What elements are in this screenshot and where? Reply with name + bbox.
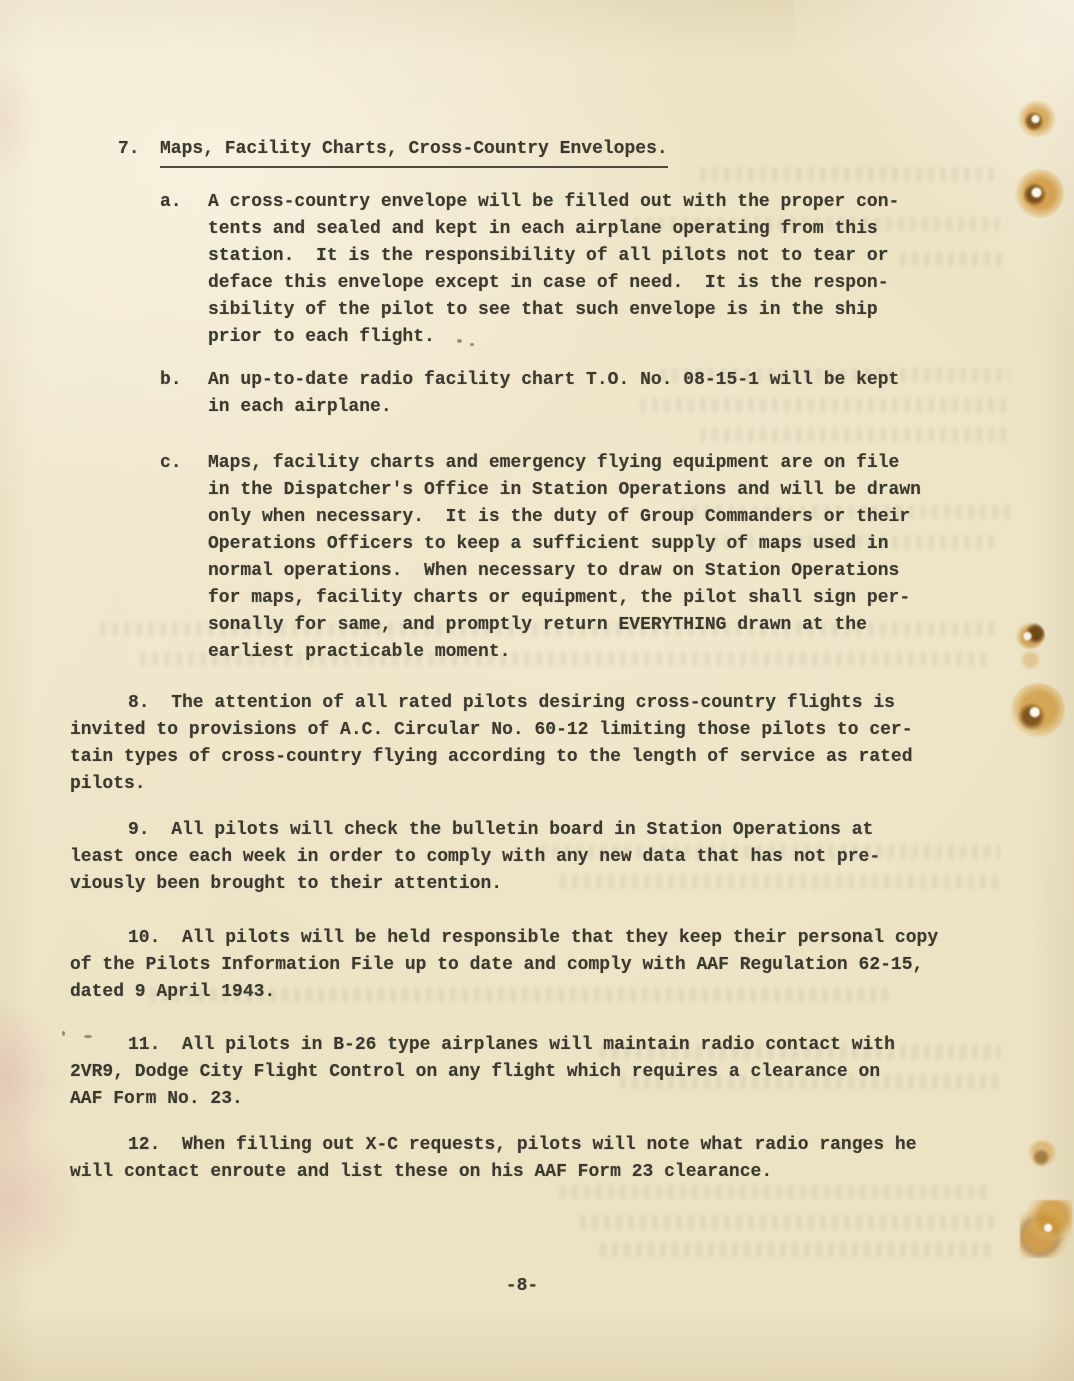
rust-stain bbox=[1018, 100, 1056, 138]
text-line: station. It is the responsibility of all… bbox=[208, 243, 1010, 270]
paragraph-8: 8. The attention of all rated pilots des… bbox=[70, 690, 1010, 798]
paragraph-12-text: 12. When filling out X-C requests, pilot… bbox=[70, 1132, 1010, 1186]
text-line: AAF Form No. 23. bbox=[70, 1086, 1010, 1113]
text-line: Maps, facility charts and emergency flyi… bbox=[208, 450, 1010, 477]
text-line: normal operations. When necessary to dra… bbox=[208, 558, 1010, 585]
text-line: 11. All pilots in B-26 type airplanes wi… bbox=[70, 1032, 1010, 1059]
section-title: Maps, Facility Charts, Cross-Country Env… bbox=[160, 136, 668, 168]
text-line: sibility of the pilot to see that such e… bbox=[208, 297, 1010, 324]
text-line: earliest practicable moment. bbox=[208, 639, 1010, 666]
text-line: only when necessary. It is the duty of G… bbox=[208, 504, 1010, 531]
paragraph-8-text: 8. The attention of all rated pilots des… bbox=[70, 690, 1010, 798]
section-7-heading: 7.Maps, Facility Charts, Cross-Country E… bbox=[70, 136, 1010, 168]
pink-smudge bbox=[0, 60, 40, 180]
paragraph-9: 9. All pilots will check the bulletin bo… bbox=[70, 817, 1010, 898]
rust-stain bbox=[1015, 169, 1064, 218]
text-line: prior to each flight. bbox=[208, 324, 1010, 351]
text-line: deface this envelope except in case of n… bbox=[208, 270, 1010, 297]
text-line: tain types of cross-country flying accor… bbox=[70, 744, 1010, 771]
typewritten-document-page: 7.Maps, Facility Charts, Cross-Country E… bbox=[0, 0, 1074, 1381]
rust-stain bbox=[1020, 650, 1041, 670]
rust-stain bbox=[1011, 683, 1065, 737]
rust-stain bbox=[1028, 1140, 1057, 1167]
text-line: An up-to-date radio facility chart T.O. … bbox=[208, 367, 1010, 394]
text-line: for maps, facility charts or equipment, … bbox=[208, 585, 1010, 612]
subitem-letter: a. bbox=[160, 189, 182, 216]
text-line: dated 9 April 1943. bbox=[70, 979, 1010, 1006]
subitem-letter: c. bbox=[160, 450, 182, 477]
subitem-letter: b. bbox=[160, 367, 182, 394]
text-line: of the Pilots Information File up to dat… bbox=[70, 952, 1010, 979]
paragraph-10: 10. All pilots will be held responsible … bbox=[70, 925, 1010, 1006]
ink-speck bbox=[62, 1031, 65, 1036]
text-line: 8. The attention of all rated pilots des… bbox=[70, 690, 1010, 717]
text-line: 10. All pilots will be held responsible … bbox=[70, 925, 1010, 952]
paragraph-12: 12. When filling out X-C requests, pilot… bbox=[70, 1132, 1010, 1186]
paragraph-11: 11. All pilots in B-26 type airplanes wi… bbox=[70, 1032, 1010, 1113]
pink-smudge bbox=[0, 1120, 80, 1280]
text-line: 9. All pilots will check the bulletin bo… bbox=[70, 817, 1010, 844]
text-line: A cross-country envelope will be filled … bbox=[208, 189, 1010, 216]
subitem-a: a. A cross-country envelope will be fill… bbox=[70, 189, 1010, 351]
section-number: 7. bbox=[118, 136, 140, 163]
subitem-a-text: A cross-country envelope will be filled … bbox=[70, 189, 1010, 351]
text-line: tents and sealed and kept in each airpla… bbox=[208, 216, 1010, 243]
subitem-c-text: Maps, facility charts and emergency flyi… bbox=[70, 450, 1010, 666]
text-line: least once each week in order to comply … bbox=[70, 844, 1010, 871]
text-line: 2VR9, Dodge City Flight Control on any f… bbox=[70, 1059, 1010, 1086]
paragraph-10-text: 10. All pilots will be held responsible … bbox=[70, 925, 1010, 1006]
text-line: sonally for same, and promptly return EV… bbox=[208, 612, 1010, 639]
text-line: Operations Officers to keep a sufficient… bbox=[208, 531, 1010, 558]
rust-stain bbox=[1020, 1200, 1072, 1258]
page-content: 7.Maps, Facility Charts, Cross-Country E… bbox=[70, 0, 1010, 1381]
text-line: invited to provisions of A.C. Circular N… bbox=[70, 717, 1010, 744]
text-line: pilots. bbox=[70, 771, 1010, 798]
subitem-b: b. An up-to-date radio facility chart T.… bbox=[70, 367, 1010, 421]
text-line: in each airplane. bbox=[208, 394, 1010, 421]
subitem-b-text: An up-to-date radio facility chart T.O. … bbox=[70, 367, 1010, 421]
text-line: 12. When filling out X-C requests, pilot… bbox=[70, 1132, 1010, 1159]
text-line: in the Dispatcher's Office in Station Op… bbox=[208, 477, 1010, 504]
pink-smudge bbox=[0, 1012, 62, 1162]
rust-stain bbox=[1016, 622, 1045, 649]
text-line: viously been brought to their attention. bbox=[70, 871, 1010, 898]
text-line: will contact enroute and list these on h… bbox=[70, 1159, 1010, 1186]
paragraph-9-text: 9. All pilots will check the bulletin bo… bbox=[70, 817, 1010, 898]
page-number: -8- bbox=[52, 1273, 992, 1300]
subitem-c: c. Maps, facility charts and emergency f… bbox=[70, 450, 1010, 666]
paragraph-11-text: 11. All pilots in B-26 type airplanes wi… bbox=[70, 1032, 1010, 1113]
